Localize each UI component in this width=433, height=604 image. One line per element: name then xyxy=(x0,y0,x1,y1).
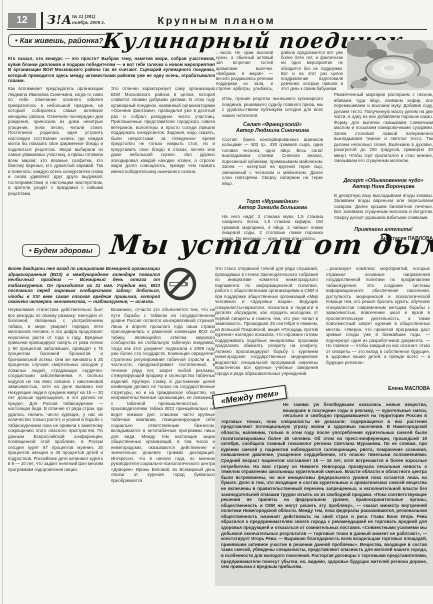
section-title: Крупным планом xyxy=(0,15,433,27)
meanwhile-text-block: Не такими уж безобидными оказались новые… xyxy=(221,402,427,580)
headline-article2: Мы устали от дыма xyxy=(108,230,433,261)
meanwhile-text: Не такими уж безобидными оказались новые… xyxy=(221,402,427,569)
article1-column-2: Это отлично характеризует саму организац… xyxy=(111,86,215,247)
recipe-cake-title: Торт «Муравейник» Автор Зинаида Большева xyxy=(222,199,323,212)
article1-column-3: Итак, лучшие рецепты нынешнего кулинарно… xyxy=(222,96,323,248)
recipe-cake-continued: Размягченный маргарин растираем с песком… xyxy=(334,92,433,174)
article1-column-4: Размягченный маргарин растираем с песком… xyxy=(334,92,433,244)
recipe-salad-title: Салат «Французский» Автор Людмила Синичк… xyxy=(222,122,323,135)
article2-column-3: Это стало отправной точкой для ряда слуш… xyxy=(215,266,318,394)
article1-column3-intro: Итак, лучшие рецепты нынешнего кулинарно… xyxy=(222,96,323,118)
recipe-dessert-text: В десертную вазу выкладываем ягоды клюкв… xyxy=(334,193,433,223)
article2-byline: Елена МАСЛОВА xyxy=(326,386,430,392)
page-edge-line xyxy=(2,0,3,604)
article2-column-4: ...реализуют комплекс мероприятий, котор… xyxy=(326,266,430,383)
article2-column-2: Возможно, отчасти это объясняется тем, ч… xyxy=(111,307,215,575)
recipe-dessert-title: Десерт «Обыкновенное чудо» Автор Нина Во… xyxy=(334,178,433,191)
article1-column-narrow-a: ...часов. Не храм высокой кухни, а обычн… xyxy=(216,50,273,92)
kicker-article1: • Как живешь, районка? xyxy=(8,34,110,47)
article2-lead: Более двадцати лет назад по инициативе В… xyxy=(8,266,160,305)
no-smoking-icon xyxy=(163,267,197,301)
food-photo xyxy=(347,40,433,90)
meanwhile-box: Не такими уж безобидными оказались новые… xyxy=(215,397,433,586)
article1-column-1: Как вспоминает председатель организации … xyxy=(8,86,103,247)
article2-column-1: Неумолимая статистика действительно бьет… xyxy=(8,307,103,572)
article1-lead: Кто сказал, что конкурс — это просто? Вы… xyxy=(8,56,215,82)
article1-column-narrow-b: района продолжается вот уже более пяти л… xyxy=(281,50,343,92)
kicker-article2: • Будем здоровы xyxy=(22,244,100,257)
recipe-salad-text: Состав: банка консервированных ананасов … xyxy=(222,137,323,195)
